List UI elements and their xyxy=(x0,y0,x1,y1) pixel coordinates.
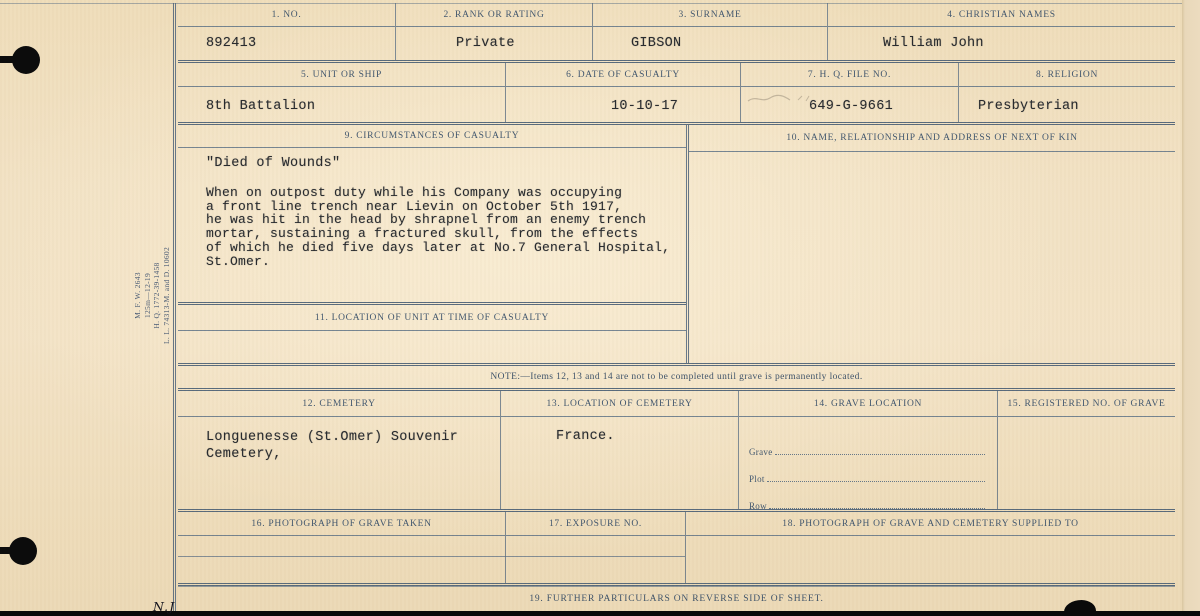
footer-text: 19. FURTHER PARTICULARS ON REVERSE SIDE … xyxy=(529,594,823,604)
field-grave-location-label: 14. GRAVE LOCATION xyxy=(739,391,997,417)
photo-bottom-edge xyxy=(0,611,1200,616)
row-unit: 5. UNIT OR SHIP 8th Battalion 6. DATE OF… xyxy=(178,63,1175,125)
handwritten-initials: N.J xyxy=(153,599,175,614)
footer-strip: 19. FURTHER PARTICULARS ON REVERSE SIDE … xyxy=(178,586,1175,611)
dotted-leader xyxy=(767,481,985,482)
field-cemetery-label: 12. CEMETERY xyxy=(178,391,500,417)
plot-line-label: Plot xyxy=(749,474,767,484)
field-religion-value: Presbyterian xyxy=(959,87,1175,114)
field-circumstances-label: 9. CIRCUMSTANCES OF CASUALTY xyxy=(178,125,686,148)
field-rank: 2. RANK OR RATING Private xyxy=(395,3,592,60)
field-circumstances: 9. CIRCUMSTANCES OF CASUALTY "Died of Wo… xyxy=(178,125,686,363)
print-line: M. F. W. 2643 xyxy=(133,238,143,353)
field-christian-names-value: William John xyxy=(828,27,1175,51)
field-photo-taken: 16. PHOTOGRAPH OF GRAVE TAKEN xyxy=(178,512,505,583)
dotted-leader xyxy=(769,508,985,509)
page-edge xyxy=(1182,0,1200,616)
field-photo-supplied: 18. PHOTOGRAPH OF GRAVE AND CEMETERY SUP… xyxy=(685,512,1175,583)
field-religion-label: 8. RELIGION xyxy=(959,63,1175,87)
field-cemetery-location: 13. LOCATION OF CEMETERY France. xyxy=(500,391,738,509)
field-unit: 5. UNIT OR SHIP 8th Battalion xyxy=(178,63,505,122)
mid-rule xyxy=(178,556,685,557)
grave-location-lines: Grave Plot Row xyxy=(739,417,997,511)
grave-line: Grave xyxy=(739,430,997,457)
field-next-of-kin: 10. NAME, RELATIONSHIP AND ADDRESS OF NE… xyxy=(686,125,1175,363)
field-unit-location: 11. LOCATION OF UNIT AT TIME OF CASUALTY xyxy=(178,302,686,366)
field-unit-location-label: 11. LOCATION OF UNIT AT TIME OF CASUALTY xyxy=(178,305,686,331)
scanned-casualty-record: M. F. W. 2643 125m—12-19 H. Q. 1772-39-1… xyxy=(0,0,1200,616)
field-next-of-kin-label: 10. NAME, RELATIONSHIP AND ADDRESS OF NE… xyxy=(689,125,1175,152)
field-no-label: 1. NO. xyxy=(178,3,395,27)
field-cemetery-value: Longuenesse (St.Omer) Souvenir Cemetery, xyxy=(178,417,500,463)
row-cemetery: 12. CEMETERY Longuenesse (St.Omer) Souve… xyxy=(178,391,1175,512)
dotted-leader xyxy=(775,454,986,455)
field-rank-label: 2. RANK OR RATING xyxy=(396,3,592,27)
field-unit-label: 5. UNIT OR SHIP xyxy=(178,63,505,87)
print-line: 125m—12-19 xyxy=(143,238,153,353)
row-line: Row xyxy=(739,484,997,511)
field-grave-location: 14. GRAVE LOCATION Grave Plot Row xyxy=(738,391,997,509)
field-surname-value: GIBSON xyxy=(593,27,827,51)
row-identity: 1. NO. 892413 2. RANK OR RATING Private … xyxy=(178,3,1175,63)
field-surname: 3. SURNAME GIBSON xyxy=(592,3,827,60)
field-christian-names: 4. CHRISTIAN NAMES William John xyxy=(827,3,1175,60)
print-line: H. Q. 1772-39-1458 xyxy=(152,238,162,353)
field-religion: 8. RELIGION Presbyterian xyxy=(958,63,1175,122)
field-registered-no: 15. REGISTERED NO. OF GRAVE xyxy=(997,391,1175,509)
left-border-rule xyxy=(173,3,177,611)
field-date-of-casualty-label: 6. DATE OF CASUALTY xyxy=(506,63,740,87)
field-circumstances-value: "Died of Wounds" When on outpost duty wh… xyxy=(178,148,686,302)
print-line: L. L. 74313-M. and D. 10602 xyxy=(162,238,172,353)
field-exposure-no-label: 17. EXPOSURE NO. xyxy=(506,512,685,536)
field-date-of-casualty-value: 10-10-17 xyxy=(506,87,740,114)
field-photo-taken-label: 16. PHOTOGRAPH OF GRAVE TAKEN xyxy=(178,512,505,536)
row-circumstances: 9. CIRCUMSTANCES OF CASUALTY "Died of Wo… xyxy=(178,125,1175,366)
field-unit-value: 8th Battalion xyxy=(178,87,505,114)
field-photo-supplied-label: 18. PHOTOGRAPH OF GRAVE AND CEMETERY SUP… xyxy=(686,512,1175,536)
field-no-value: 892413 xyxy=(178,27,395,51)
note-text: NOTE:—Items 12, 13 and 14 are not to be … xyxy=(490,372,862,382)
field-exposure-no: 17. EXPOSURE NO. xyxy=(505,512,685,583)
row-line-label: Row xyxy=(749,501,769,511)
note-strip: NOTE:—Items 12, 13 and 14 are not to be … xyxy=(178,366,1175,391)
row-photograph: 16. PHOTOGRAPH OF GRAVE TAKEN 17. EXPOSU… xyxy=(178,512,1175,586)
field-cemetery: 12. CEMETERY Longuenesse (St.Omer) Souve… xyxy=(178,391,500,509)
field-date-of-casualty: 6. DATE OF CASUALTY 10-10-17 xyxy=(505,63,740,122)
form-print-reference: M. F. W. 2643 125m—12-19 H. Q. 1772-39-1… xyxy=(133,238,173,353)
field-cemetery-location-value: France. xyxy=(501,417,738,444)
field-registered-no-label: 15. REGISTERED NO. OF GRAVE xyxy=(998,391,1175,417)
field-rank-value: Private xyxy=(396,27,592,51)
plot-line: Plot xyxy=(739,457,997,484)
circumstances-details: When on outpost duty while his Company w… xyxy=(206,186,676,268)
punch-hole xyxy=(9,537,37,565)
field-cemetery-location-label: 13. LOCATION OF CEMETERY xyxy=(501,391,738,417)
pencil-marks xyxy=(746,88,838,108)
field-no: 1. NO. 892413 xyxy=(178,3,395,60)
field-hq-file-no-label: 7. H. Q. FILE NO. xyxy=(741,63,958,87)
field-surname-label: 3. SURNAME xyxy=(593,3,827,27)
record-card: M. F. W. 2643 125m—12-19 H. Q. 1772-39-1… xyxy=(0,0,1182,616)
field-christian-names-label: 4. CHRISTIAN NAMES xyxy=(828,3,1175,27)
punch-hole xyxy=(12,46,40,74)
cause-of-death: "Died of Wounds" xyxy=(206,156,676,171)
grave-line-label: Grave xyxy=(749,447,775,457)
